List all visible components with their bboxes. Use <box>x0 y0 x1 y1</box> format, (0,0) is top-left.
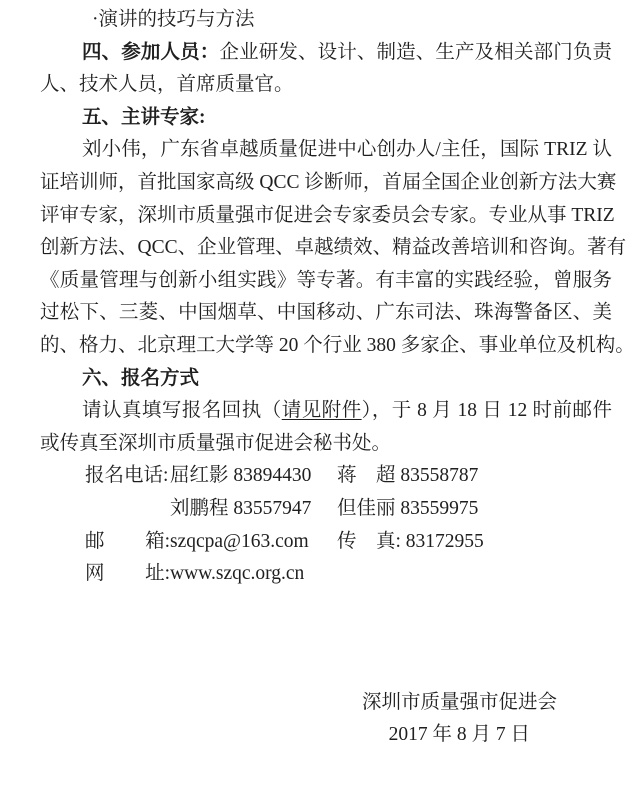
text-run: 请认真填写报名回执（ <box>82 400 282 421</box>
contact-label-part: 邮 <box>85 526 105 559</box>
contact-value: www.szqc.org.cn <box>170 563 304 584</box>
doc-line: 刘小伟，广东省卓越质量促进中心创办人/主任，国际 TRIZ 认 <box>82 134 612 167</box>
contact-phone-number: 83558787 <box>400 465 478 486</box>
text-run: 或传真至深圳市质量强市促进会秘书处。 <box>40 433 391 454</box>
contact-col-1: szqcpa@163.com <box>170 526 337 559</box>
contact-phone-number: 83894430 <box>233 465 311 486</box>
text-run: 刘小伟，广东省卓越质量促进中心创办人/主任，国际 TRIZ 认 <box>82 139 612 160</box>
doc-line: 《质量管理与创新小组实践》等专著。有丰富的实践经验，曾服务 <box>40 265 612 298</box>
contact-phone-number: 83559975 <box>400 498 478 519</box>
contact-value: szqcpa@163.com <box>170 531 309 552</box>
attachment-reference-link[interactable]: 请见附件 <box>282 400 362 421</box>
contact-col-2: 蒋 超 83558787 <box>337 460 478 493</box>
contact-col-2: 但佳丽 83559975 <box>337 493 478 526</box>
contact-col-1: www.szqc.org.cn <box>170 558 337 591</box>
contact-label: 邮箱: <box>85 526 170 559</box>
contact-label-part: 报名电话: <box>85 460 168 493</box>
text-run: 创新方法、QCC、企业管理、卓越绩效、精益改善培训和咨询。著有 <box>40 237 626 258</box>
contact-label-part: 址: <box>145 558 170 591</box>
contact-phone-number: 83172955 <box>406 531 484 552</box>
contact-label-part: 箱: <box>145 526 170 559</box>
doc-line: 评审专家，深圳市质量强市促进会专家委员会专家。专业从事 TRIZ <box>40 200 612 233</box>
signature-organization: 深圳市质量强市促进会 <box>0 687 640 720</box>
doc-line: 创新方法、QCC、企业管理、卓越绩效、精益改善培训和咨询。著有 <box>40 232 612 265</box>
contact-row-phone-2: 刘鹏程 83557947但佳丽 83559975 <box>85 493 612 526</box>
text-run: 评审专家，深圳市质量强市促进会专家委员会专家。专业从事 TRIZ <box>40 205 615 226</box>
section-6-heading: 六、报名方式 <box>82 368 199 389</box>
text-run: ·演讲的技巧与方法 <box>92 9 255 30</box>
contact-label: 报名电话: <box>85 460 170 493</box>
contact-col-1: 刘鹏程 83557947 <box>170 493 337 526</box>
section-4-heading-line: 四、参加人员：企业研发、设计、制造、生产及相关部门负责 <box>82 37 612 70</box>
contact-col-2: 传 真: 83172955 <box>337 526 484 559</box>
doc-line: 证培训师，首批国家高级 QCC 诊断师，首届全国企业创新方法大赛 <box>40 167 612 200</box>
contact-label-part: 网 <box>85 558 105 591</box>
doc-line: 请认真填写报名回执（请见附件），于 8 月 18 日 12 时前邮件 <box>82 395 612 428</box>
signature-date: 2017 年 8 月 7 日 <box>0 719 640 752</box>
contact-col-1: 屈红影 83894430 <box>170 460 337 493</box>
text-run: 过松下、三菱、中国烟草、中国移动、广东司法、珠海警备区、美 <box>40 302 612 323</box>
doc-line: 的、格力、北京理工大学等 20 个行业 380 多家企、事业单位及机构。 <box>40 330 612 363</box>
doc-line: 过松下、三菱、中国烟草、中国移动、广东司法、珠海警备区、美 <box>40 297 612 330</box>
contact-row-phone-1: 报名电话:屈红影 83894430蒋 超 83558787 <box>85 460 612 493</box>
contact-person-name: 屈红影 <box>170 465 229 486</box>
signature-block: 深圳市质量强市促进会 2017 年 8 月 7 日 <box>0 687 640 752</box>
contact-person-name: 传 真: <box>337 531 401 552</box>
list-bullet-line: ·演讲的技巧与方法 <box>92 4 612 37</box>
document-body: ·演讲的技巧与方法四、参加人员：企业研发、设计、制造、生产及相关部门负责人、技术… <box>0 0 640 591</box>
section-5-heading-line: 五、主讲专家: <box>82 102 612 135</box>
doc-line: 或传真至深圳市质量强市促进会秘书处。 <box>40 428 612 461</box>
text-run: 证培训师，首批国家高级 QCC 诊断师，首届全国企业创新方法大赛 <box>40 172 616 193</box>
contact-phone-number: 83557947 <box>233 498 311 519</box>
text-run: 人、技术人员，首席质量官。 <box>40 74 294 95</box>
document-page: ·演讲的技巧与方法四、参加人员：企业研发、设计、制造、生产及相关部门负责人、技术… <box>0 0 640 786</box>
contact-row-email-fax: 邮箱:szqcpa@163.com传 真: 83172955 <box>85 526 612 559</box>
section-6-heading-line: 六、报名方式 <box>82 363 612 396</box>
contact-person-name: 刘鹏程 <box>170 498 229 519</box>
contact-label: 网址: <box>85 558 170 591</box>
text-run: ），于 8 月 18 日 12 时前邮件 <box>362 400 612 421</box>
contact-person-name: 蒋 超 <box>337 465 396 486</box>
section-4-heading: 四、参加人员： <box>82 42 219 63</box>
doc-line: 人、技术人员，首席质量官。 <box>40 69 612 102</box>
contact-row-website: 网址:www.szqc.org.cn <box>85 558 612 591</box>
text-run: 《质量管理与创新小组实践》等专著。有丰富的实践经验，曾服务 <box>40 270 612 291</box>
text-run: 的、格力、北京理工大学等 20 个行业 380 多家企、事业单位及机构。 <box>40 335 635 356</box>
text-run: 企业研发、设计、制造、生产及相关部门负责 <box>219 42 612 63</box>
section-5-heading: 五、主讲专家: <box>82 107 206 128</box>
contact-person-name: 但佳丽 <box>337 498 396 519</box>
